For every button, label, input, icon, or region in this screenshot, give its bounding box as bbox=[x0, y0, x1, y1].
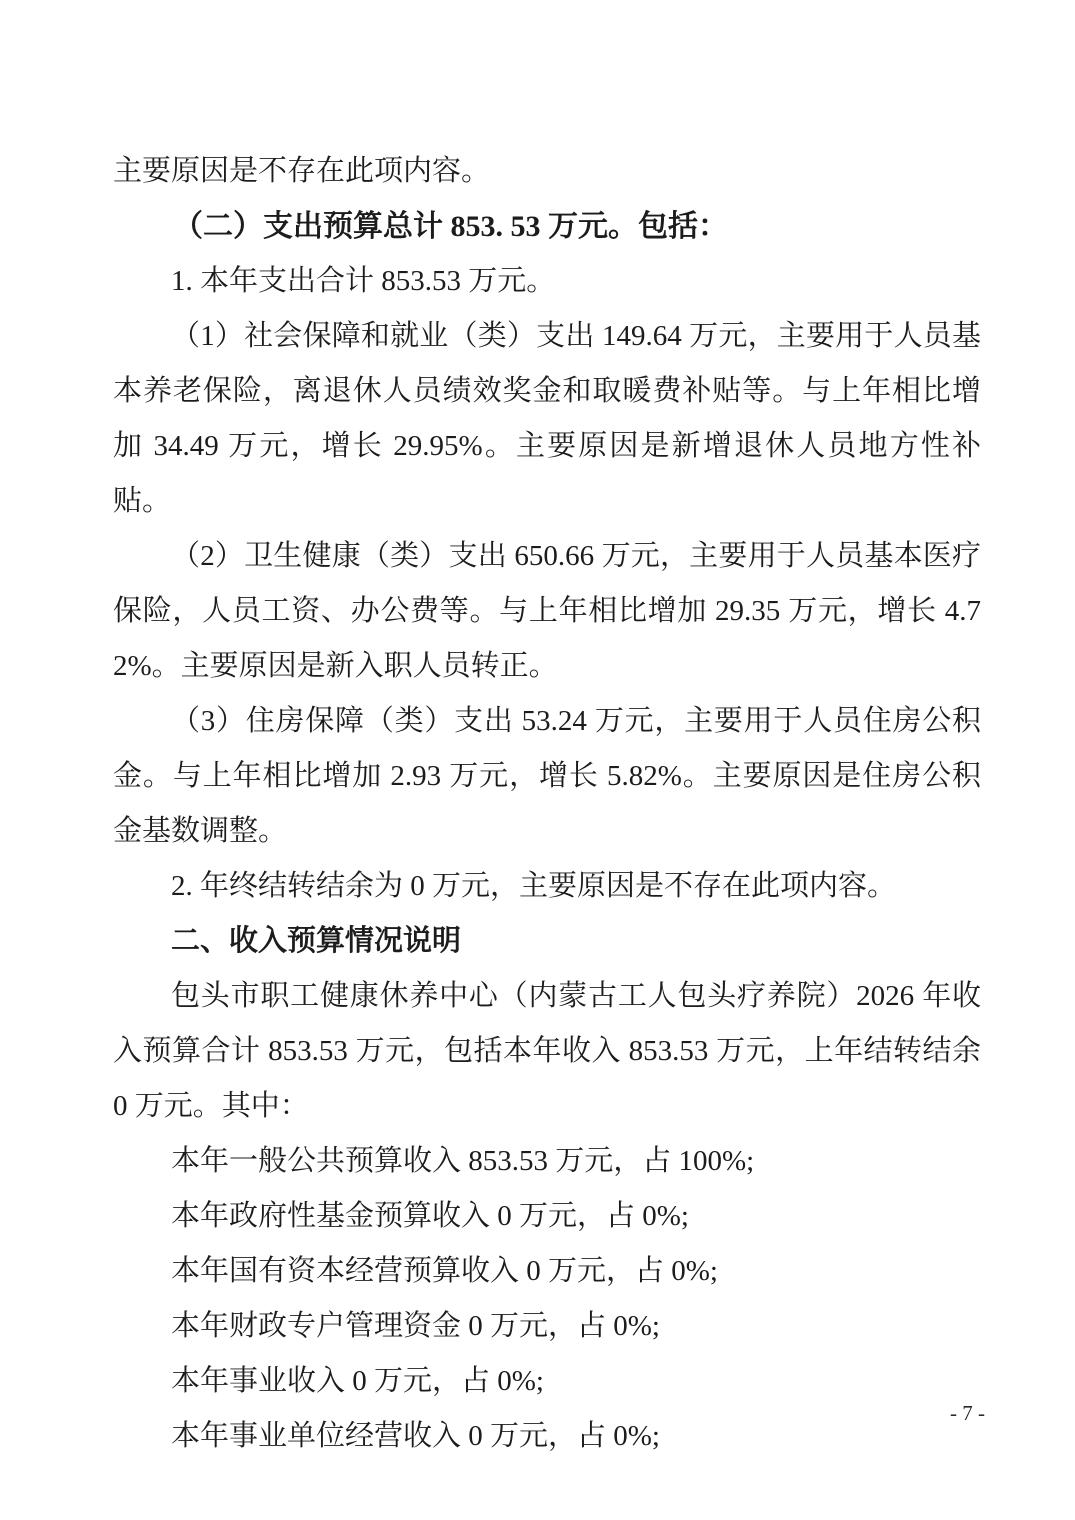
item-year-end-carryover: 2. 年终结转结余为 0 万元，主要原因是不存在此项内容。 bbox=[113, 859, 981, 914]
paragraph-health-expenditure: （2）卫生健康（类）支出 650.66 万元，主要用于人员基本医疗保险，人员工资… bbox=[113, 529, 981, 694]
document-content: 主要原因是不存在此项内容。 （二）支出预算总计 853. 53 万元。包括： 1… bbox=[113, 144, 981, 1464]
document-page: 主要原因是不存在此项内容。 （二）支出预算总计 853. 53 万元。包括： 1… bbox=[0, 0, 1075, 1520]
item-annual-expenditure-total: 1. 本年支出合计 853.53 万元。 bbox=[113, 254, 981, 309]
line-government-fund-income: 本年政府性基金预算收入 0 万元，占 0%; bbox=[113, 1189, 981, 1244]
heading-expenditure-budget-total: （二）支出预算总计 853. 53 万元。包括： bbox=[113, 199, 981, 254]
paragraph-reason-none: 主要原因是不存在此项内容。 bbox=[113, 144, 981, 199]
paragraph-income-overview: 包头市职工健康休养中心（内蒙古工人包头疗养院）2026 年收入预算合计 853.… bbox=[113, 969, 981, 1134]
line-fiscal-special-account-funds: 本年财政专户管理资金 0 万元，占 0%; bbox=[113, 1299, 981, 1354]
paragraph-housing-expenditure: （3）住房保障（类）支出 53.24 万元，主要用于人员住房公积金。与上年相比增… bbox=[113, 694, 981, 859]
page-number: - 7 - bbox=[113, 1398, 985, 1428]
line-state-capital-operating-income: 本年国有资本经营预算收入 0 万元，占 0%; bbox=[113, 1244, 981, 1299]
line-general-public-budget-income: 本年一般公共预算收入 853.53 万元，占 100%; bbox=[113, 1134, 981, 1189]
heading-income-budget-explanation: 二、收入预算情况说明 bbox=[113, 914, 981, 969]
paragraph-social-security-expenditure: （1）社会保障和就业（类）支出 149.64 万元，主要用于人员基本养老保险，离… bbox=[113, 309, 981, 529]
